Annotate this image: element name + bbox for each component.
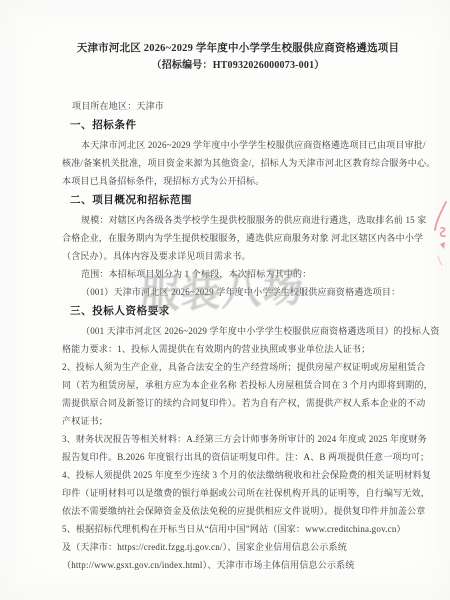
- doc-line: 格能力要求：1、投标人需提供在有效期内的营业执照或事业单位法人证书；: [62, 340, 414, 358]
- doc-line: 范围：本招标项目划分为 1 个标段，本次招标为其中的：: [62, 265, 414, 283]
- doc-line: 同（若为租赁房屋，承租方应为本企业名称 若投标人房屋租赁合同在 3 个月内即将到…: [62, 376, 414, 394]
- red-pen-mark-icon: [429, 200, 450, 270]
- section-heading-1: 一、招标条件: [62, 116, 414, 136]
- document-content: 天津市河北区 2026~2029 学年度中小学学生校服供应商资格遴选项目 （招标…: [62, 40, 414, 574]
- document-title: 天津市河北区 2026~2029 学年度中小学学生校服供应商资格遴选项目: [62, 40, 414, 57]
- doc-line: 需提供原合同及新签订的续约合同复印件）。若为自有产权，需提供产权人系本企业的不动: [62, 394, 414, 412]
- doc-line: 报告复印件。B.2026 年度银行出具的资信证明复印件。注：A、B 两项提供任意…: [62, 448, 414, 466]
- doc-line: 3、财务状况报告等相关材料：A.经第三方会计师事务所审计的 2024 年度或 2…: [62, 430, 414, 448]
- doc-line: 合格企业，在服务期内为学生提供校服服务，遴选供应商服务对象 河北区辖区内各中小学: [62, 229, 414, 247]
- scanned-document-page: 天津市河北区 2026~2029 学年度中小学学生校服供应商资格遴选项目 （招标…: [0, 0, 450, 600]
- doc-line: 产权证书；: [62, 412, 414, 430]
- doc-line: 规模：对辖区内各级各类学校学生提供校服服务的供应商进行遴选，选取排名前 15 家: [62, 211, 414, 229]
- section-heading-2: 二、项目概况和招标范围: [62, 191, 414, 211]
- doc-line: 4、投标人须提供 2025 年度至少连续 3 个月的依法缴纳税收和社会保险费的相…: [62, 466, 414, 484]
- tender-number: （招标编号：HT0932026000073-001）: [62, 57, 414, 74]
- doc-line: 2、投标人须为生产企业，具备合法安全的生产经营场所；提供房屋产权证明或房屋租赁合: [62, 358, 414, 376]
- doc-line: （http://www.gsxt.gov.cn/index.html）、天津市市…: [62, 556, 414, 574]
- doc-line: 及（天津市：https://credit.fzgg.tj.gov.cn/）、国家…: [62, 538, 414, 556]
- doc-line: 依法不需要缴纳社会保障资金及依法免税的应提供相应文件说明）。提供复印件并加盖公章: [62, 502, 414, 520]
- project-location: 项目所在地区：天津市: [62, 97, 414, 115]
- doc-line: （含民办）。具体内容及要求详见项目需求书。: [62, 247, 414, 265]
- doc-line: （001）天津市河北区 2026~2029 学年度中小学学生校服供应商资格遴选项…: [62, 283, 414, 301]
- doc-line: 本项目已具备招标条件，现招标方式为公开招标。: [62, 172, 414, 190]
- doc-line: 印件（证明材料可以是缴费的银行单据或公司所在社保机构开具的证明等，自行编写无效，: [62, 484, 414, 502]
- doc-line: （001 天津市河北区 2026~2029 学年度中小学学生校服供应商资格遴选项…: [62, 322, 414, 340]
- section-heading-3: 三、投标人资格要求: [62, 302, 414, 322]
- doc-line: 本天津市河北区 2026~2029 学年度中小学学生校服供应商资格遴选项目已由项…: [62, 136, 414, 154]
- doc-line: 5、根据招标代理机构在开标当日从“信用中国”网站（国家：www.creditch…: [62, 520, 414, 538]
- doc-line: 核准/备案机关批准，项目资金来源为其他资金/，招标人为天津市河北区教育综合服务中…: [62, 154, 414, 172]
